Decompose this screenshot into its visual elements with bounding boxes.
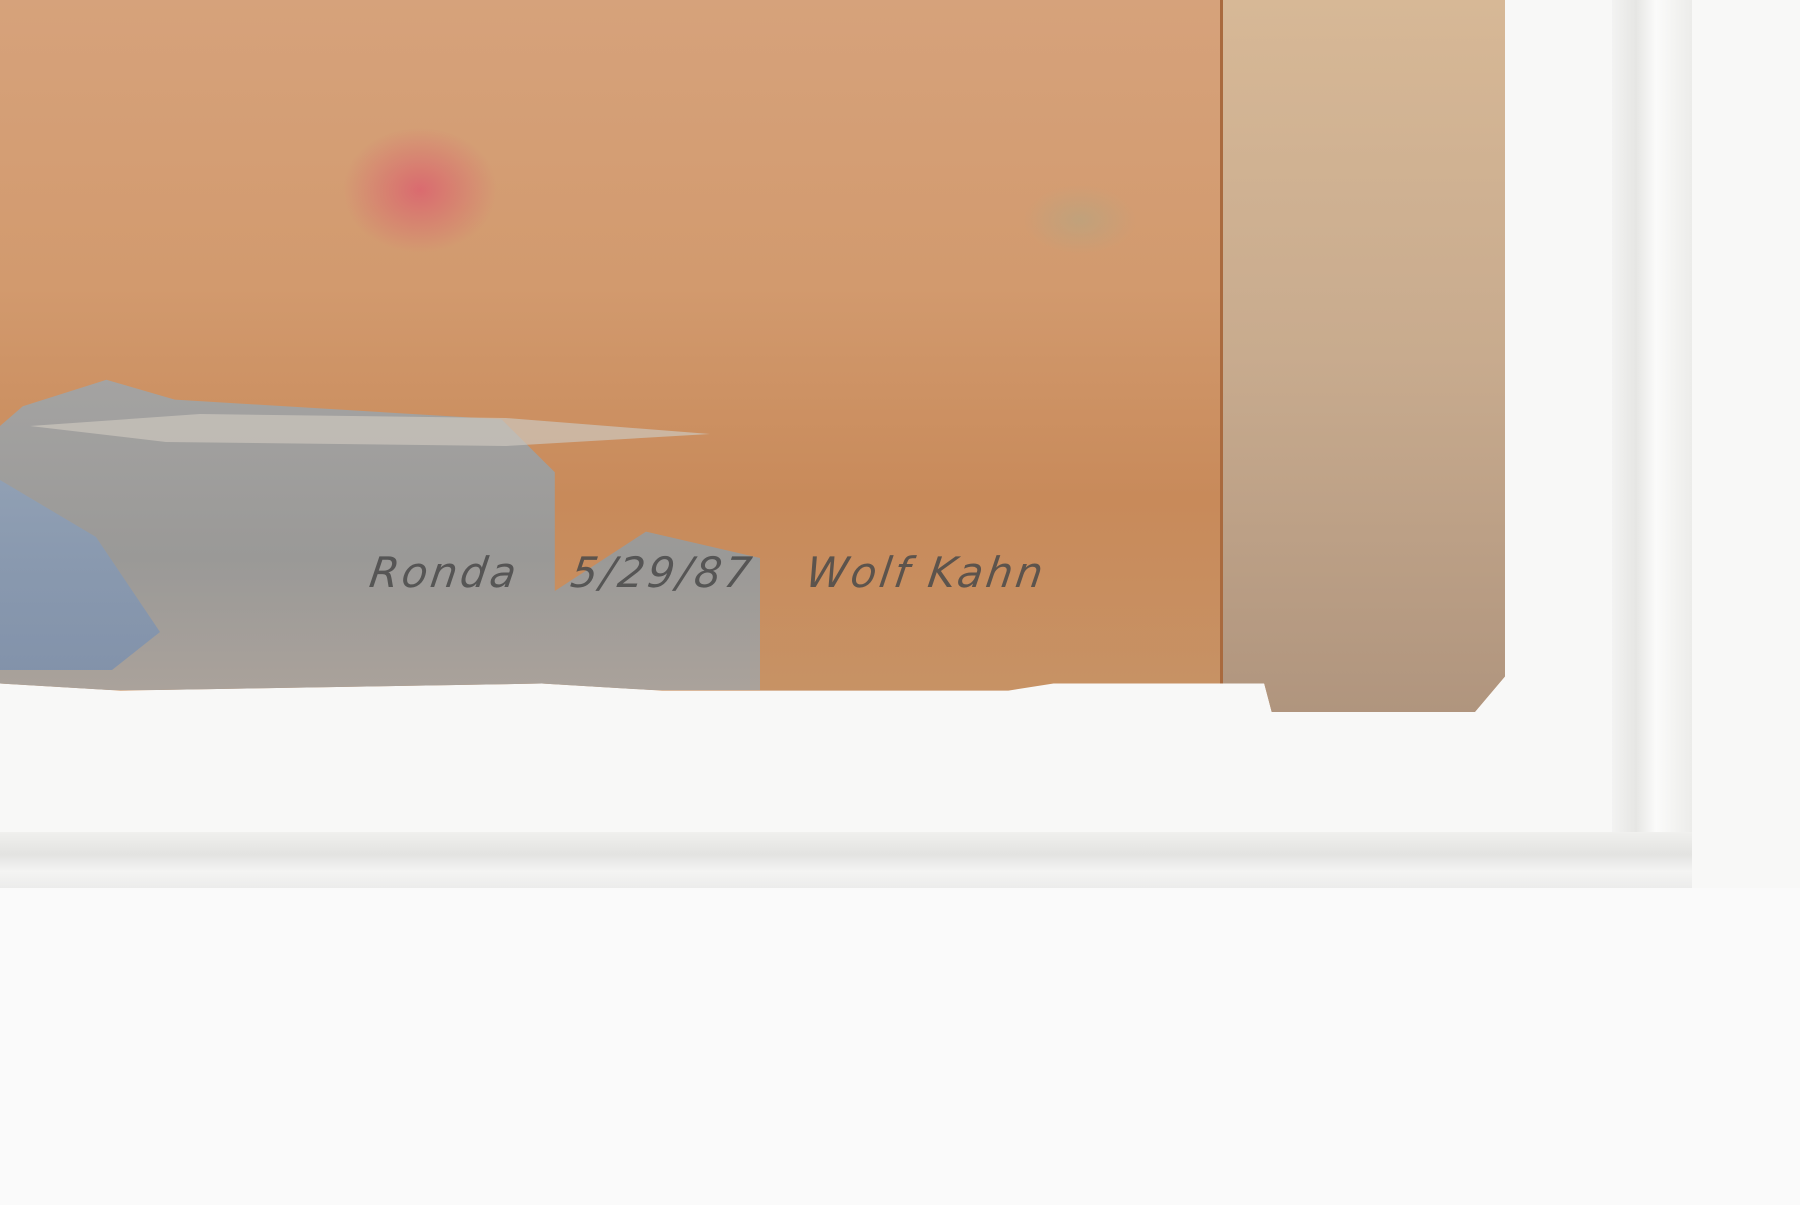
frame-horizontal-edge [0,832,1692,888]
pencil-inscription: Ronda 5/29/87 Wolf Kahn [367,548,1085,597]
lower-mat [0,888,1800,1205]
artist-signature: Wolf Kahn [803,548,1049,597]
frame-vertical-edge [1612,0,1692,880]
watercolor-paper [0,0,1505,712]
inscription-location: Ronda [367,548,523,597]
right-paper-strip [1220,0,1508,712]
inscription-date: 5/29/87 [568,548,758,597]
